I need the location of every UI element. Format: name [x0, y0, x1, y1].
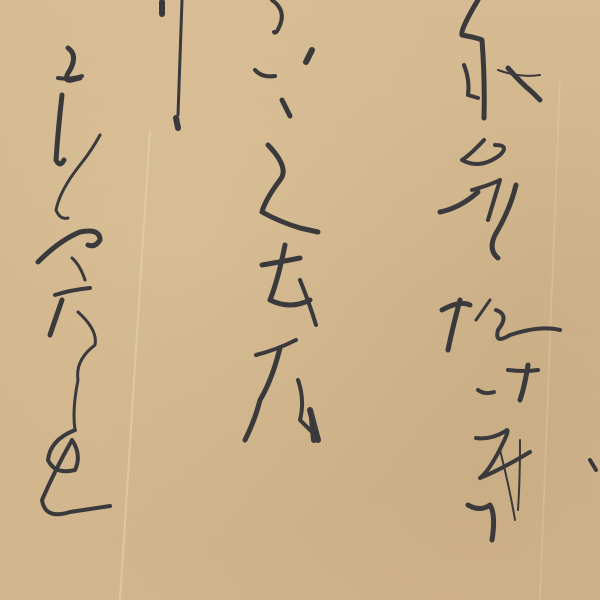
column-2-strokes: [162, 0, 182, 128]
paper-background: [0, 0, 600, 600]
column-1-strokes: [38, 48, 110, 514]
stray-mark: [590, 460, 596, 470]
calligraphy-artwork: [0, 0, 600, 600]
column-4-strokes: [440, 0, 560, 540]
stray-mark: [312, 418, 314, 440]
column-3-strokes: [245, 0, 318, 440]
